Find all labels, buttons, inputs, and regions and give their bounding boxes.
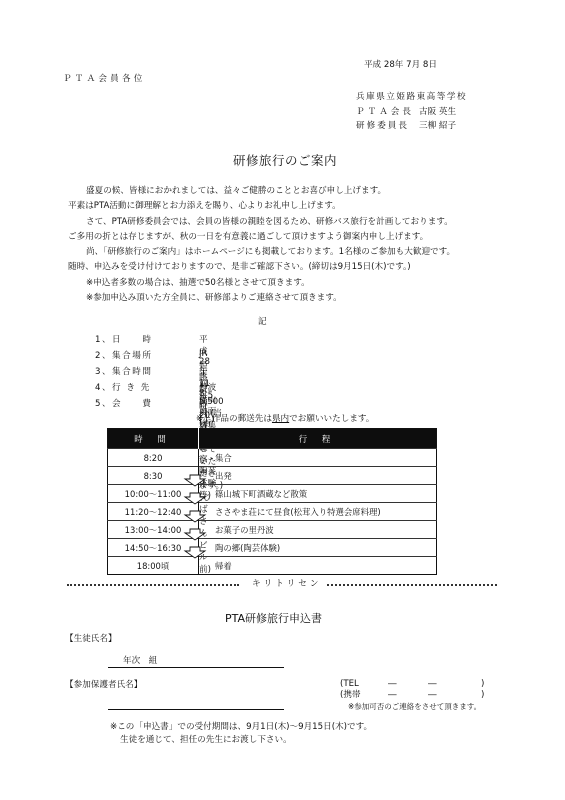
row-activity: 集合 [199, 449, 437, 467]
row-activity: お菓子の里丹波 [199, 521, 437, 539]
student-name-line[interactable] [108, 667, 284, 668]
note-underlined: 県内 [272, 414, 289, 424]
mobile-dash-2: ― [428, 689, 437, 701]
flow-arrows [180, 470, 210, 570]
row-activity: ささやま荘にて昼食(松茸入り特選会席料理) [199, 503, 437, 521]
detail-label: 5、会 費 [95, 397, 165, 409]
body-line: 随時、申込みを受け付けておりますので、是非ご確認下さい。(締切は9月15日(木)… [68, 260, 455, 275]
pta-chair-title: ＰＴＡ会長 [356, 106, 414, 118]
body-line: ※参加申込み頂いた方全員に、研修部よりご連絡させて頂きます。 [68, 291, 455, 306]
down-arrow-icon [185, 493, 205, 504]
row-time: 8:20 [108, 449, 199, 467]
document-date: 平成 28年 7月 8日 [364, 59, 437, 71]
contact-note: ※参加可否のご連絡をさせて頂きます。 [348, 701, 481, 712]
body-line: 盛夏の候、皆様におかれましては、益々ご健勝のこととお喜び申し上げます。 [68, 184, 455, 199]
header-activity: 行 程 [199, 429, 437, 449]
cutline-label: キリトリセン [252, 578, 321, 590]
down-arrow-icon [185, 529, 205, 540]
body-line: 平素はPTA活動に御理解とお力添えを賜り、心よりお礼申し上げます。 [68, 199, 455, 214]
page-title: 研修旅行のご案内 [233, 151, 337, 169]
note-prefix: ※ 作品の郵送先は [196, 414, 272, 424]
table-row: 14:50～16:30 陶の郷(陶芸体験) [108, 539, 437, 557]
pta-chair-name: 古阪 英生 [419, 106, 456, 118]
schedule-table: 時 間 行 程 8:20 集合 8:30 出発 10:00～11:00 篠山城下… [107, 428, 437, 575]
down-arrow-icon [185, 511, 205, 522]
detail-label: 1、日 時 [95, 333, 165, 345]
detail-label: 2、集合場所 [95, 349, 165, 361]
committee-chair-name: 三柳 紹子 [419, 120, 456, 132]
detail-label: 3、集合時間 [95, 365, 165, 377]
body-line: ※申込者多数の場合は、抽選で50名様とさせて頂きます。 [68, 276, 455, 291]
body-line: 尚、「研修旅行のご案内」はホームページにも掲載しております。1名様のご参加も大歓… [68, 245, 455, 260]
table-row: 8:20 集合 [108, 449, 437, 467]
schedule-header-row: 時 間 行 程 [108, 429, 437, 449]
table-row: 8:30 出発 [108, 467, 437, 485]
submit-note: 生徒を通じて、担任の先生にお渡し下さい。 [120, 734, 292, 746]
addressee: ＰＴＡ会員各位 [63, 73, 146, 85]
row-activity: 陶の郷(陶芸体験) [199, 539, 437, 557]
body-line: さて、PTA研修委員会では、会員の皆様の親睦を図るため、研修バス旅行を計画してお… [68, 215, 455, 230]
table-row: 10:00～11:00 篠山城下町酒蔵など散策 [108, 485, 437, 503]
student-name-label: 【生徒氏名】 [65, 633, 117, 645]
body-line: ご多用の折とは存じますが、秋の一日を有意義に過ごして頂けますよう御案内申し上げま… [68, 230, 455, 245]
mobile-dash-1: ― [388, 689, 397, 701]
detail-label: 4、行 き 先 [95, 381, 165, 393]
table-row: 18:00頃 帰着 [108, 557, 437, 575]
mobile-close: ) [481, 689, 484, 701]
header-time: 時 間 [108, 429, 199, 449]
committee-chair-title: 研修委員長 [356, 120, 409, 132]
cutline-left [67, 584, 239, 586]
table-row: 11:20～12:40 ささやま荘にて昼食(松茸入り特選会席料理) [108, 503, 437, 521]
period-note: ※この「申込書」での受付期間は、9月1日(木)～9月15日(木)です。 [110, 721, 372, 733]
down-arrow-icon [185, 547, 205, 558]
grade-class-label: 年次 組 [123, 655, 157, 667]
mailing-note: ※ 作品の郵送先は県内でお願いいたします。 [196, 413, 374, 425]
cutline-right [327, 584, 497, 586]
guardian-name-line[interactable] [108, 709, 284, 710]
row-activity: 出発 [199, 467, 437, 485]
ki-heading: 記 [258, 316, 267, 328]
down-arrow-icon [185, 475, 205, 486]
mobile-label: (携帯 [340, 689, 361, 701]
row-activity: 帰着 [199, 557, 437, 575]
table-row: 13:00～14:00 お菓子の里丹波 [108, 521, 437, 539]
school-name: 兵庫県立姫路東高等学校 [356, 91, 467, 103]
note-suffix: でお願いいたします。 [289, 414, 374, 424]
form-title: PTA研修旅行申込書 [225, 610, 322, 626]
guardian-name-label: 【参加保護者氏名】 [65, 679, 142, 691]
row-activity: 篠山城下町酒蔵など散策 [199, 485, 437, 503]
body-text: 盛夏の候、皆様におかれましては、益々ご健勝のこととお喜び申し上げます。 平素はP… [68, 184, 455, 306]
